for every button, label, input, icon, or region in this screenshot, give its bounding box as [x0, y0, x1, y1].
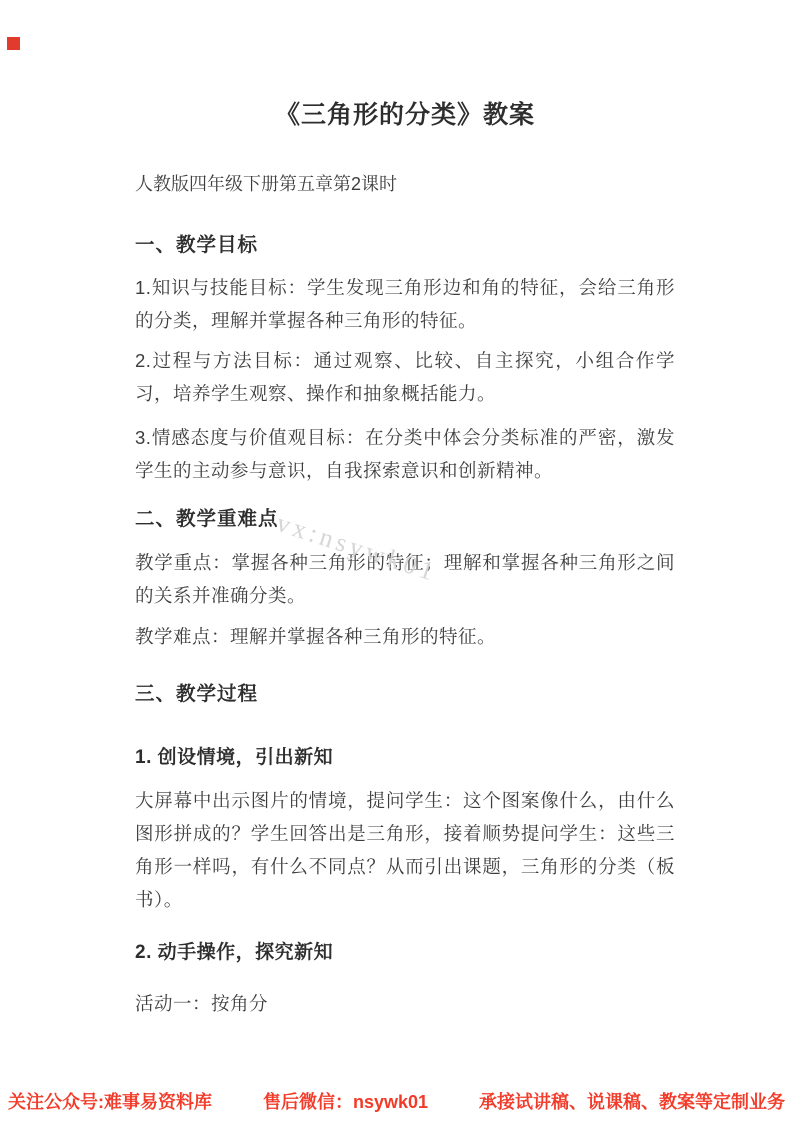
- subsection-heading-scenario: 1. 创设情境，引出新知: [135, 746, 675, 769]
- activity-one-paragraph: 活动一：按角分: [135, 987, 675, 1020]
- section-heading-objectives: 一、教学目标: [135, 234, 675, 257]
- footer-promo-bar: 关注公众号:难事易资料库 售后微信：nsywk01 承接试讲稿、说课稿、教案等定…: [0, 1090, 793, 1114]
- footer-services-text: 承接试讲稿、说课稿、教案等定制业务: [479, 1090, 785, 1114]
- subsection-heading-hands-on: 2. 动手操作，探究新知: [135, 941, 675, 964]
- section-heading-process: 三、教学过程: [135, 683, 675, 706]
- objective-process-paragraph: 2.过程与方法目标：通过观察、比较、自主探究，小组合作学习，培养学生观察、操作和…: [135, 344, 675, 410]
- section-heading-key-points: 二、教学重难点: [135, 508, 675, 531]
- key-point-paragraph: 教学重点：掌握各种三角形的特征；理解和掌握各种三角形之间的关系并准确分类。: [135, 546, 675, 612]
- scenario-paragraph: 大屏幕中出示图片的情境，提问学生：这个图案像什么，由什么图形拼成的？学生回答出是…: [135, 784, 675, 916]
- difficult-point-paragraph: 教学难点：理解并掌握各种三角形的特征。: [135, 620, 675, 653]
- document-page: 《三角形的分类》教案 人教版四年级下册第五章第2课时 一、教学目标 1.知识与技…: [0, 0, 793, 1122]
- footer-public-account-text: 关注公众号:难事易资料库: [8, 1090, 212, 1114]
- document-body: 《三角形的分类》教案 人教版四年级下册第五章第2课时 一、教学目标 1.知识与技…: [135, 0, 675, 1020]
- document-title: 《三角形的分类》教案: [135, 100, 675, 131]
- document-subtitle: 人教版四年级下册第五章第2课时: [135, 173, 675, 195]
- objective-emotion-paragraph: 3.情感态度与价值观目标：在分类中体会分类标准的严密，激发学生的主动参与意识，自…: [135, 421, 675, 487]
- objective-knowledge-paragraph: 1.知识与技能目标：学生发现三角形边和角的特征，会给三角形的分类，理解并掌握各种…: [135, 271, 675, 337]
- red-corner-mark-icon: [7, 37, 20, 50]
- footer-wechat-text: 售后微信：nsywk01: [263, 1090, 428, 1114]
